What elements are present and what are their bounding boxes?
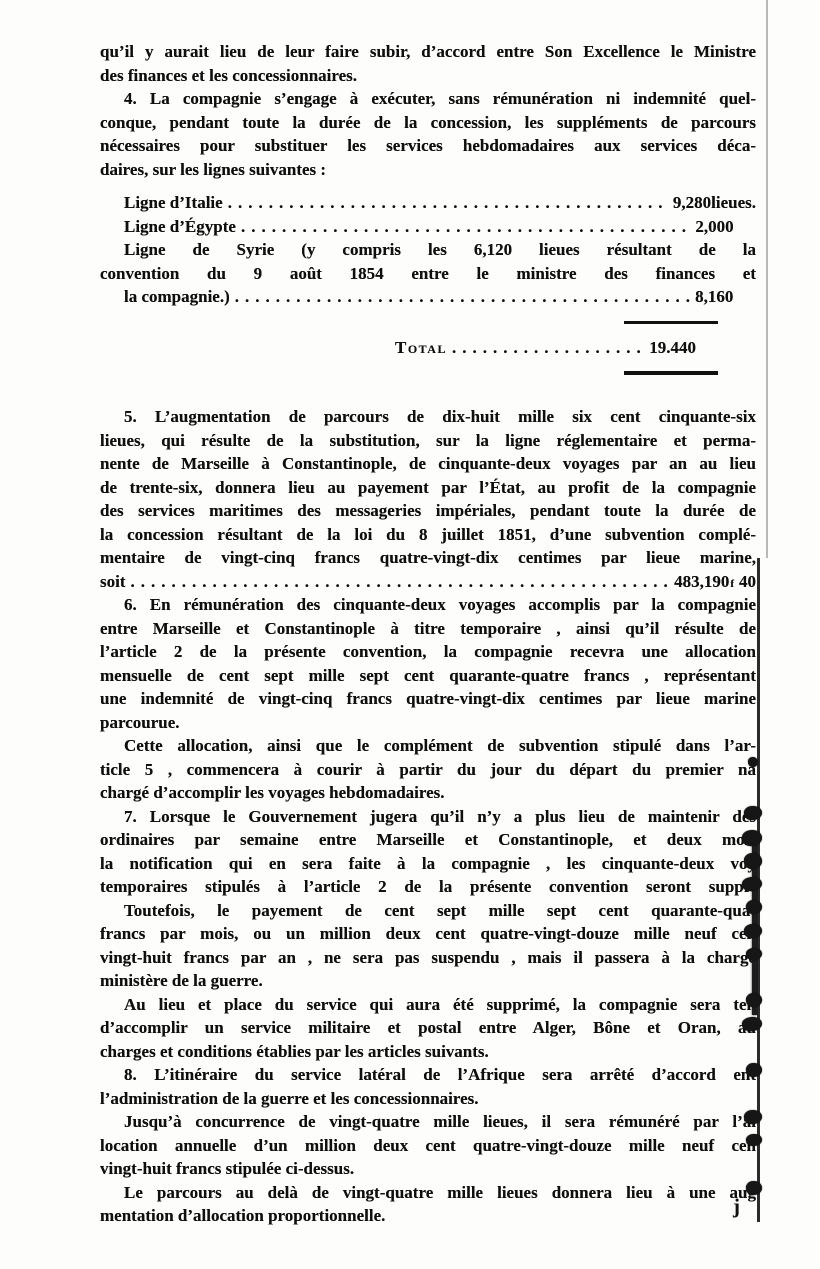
mileage-ledger-line: Ligne de Syrie (y compris les 6,120 lieu… xyxy=(100,238,756,262)
article-7-line: 7. Lorsque le Gouvernement jugera qu’il … xyxy=(100,805,756,829)
article-5-line: lieues, qui résulte de la substitution, … xyxy=(100,429,756,453)
ledger-value: 8,160 xyxy=(695,285,733,309)
text-block: qu’il y aurait lieu de leur faire subir,… xyxy=(100,40,756,1228)
jusqua-paragraph-line: Jusqu’à concurrence de vingt-quatre mill… xyxy=(100,1110,756,1134)
intro-continuation-line: des finances et les concessionnaires. xyxy=(100,64,756,88)
parcours-paragraph-line: mentation d’allocation proportionnelle. xyxy=(100,1204,756,1228)
francs-superscript: f xyxy=(730,573,734,594)
toutefois-paragraph-line: francs par mois, ou un million deux cent… xyxy=(100,922,756,946)
intro-continuation-line: qu’il y aurait lieu de leur faire subir,… xyxy=(100,40,756,64)
article-6-line: entre Marseille et Constantinople à titr… xyxy=(100,617,756,641)
article-5-line: de trente-six, donnera lieu au payement … xyxy=(100,476,756,500)
leader-dots xyxy=(131,570,670,594)
article-5-line: 5. L’augmentation de parcours de dix-hui… xyxy=(100,405,756,429)
leader-dots xyxy=(235,285,690,309)
article-7-line: temporaires stipulés à l’article 2 de la… xyxy=(100,875,756,899)
ledger-value: 9,280 xyxy=(673,191,711,215)
ink-blob xyxy=(745,899,763,915)
service-replacement-line: Au lieu et place du service qui aura été… xyxy=(100,993,756,1017)
ledger-gap xyxy=(100,181,756,191)
gap-a xyxy=(100,309,756,315)
toutefois-paragraph-line: vingt-huit francs par an , ne sera pas s… xyxy=(100,946,756,970)
article-5-row: soit483,190f40 xyxy=(100,570,756,594)
total-line-row: Total19.440 xyxy=(100,336,756,360)
ledger-label: Total xyxy=(395,336,447,360)
article-7-line: ordinaires par semaine entre Marseille e… xyxy=(100,828,756,852)
ink-blob xyxy=(745,992,763,1008)
page: qu’il y aurait lieu de leur faire subir,… xyxy=(0,0,820,1269)
article-6-line: l’article 2 de la présente convention, l… xyxy=(100,640,756,664)
rule-above-total xyxy=(624,321,718,324)
article-8-line: l’administration de la guerre et les con… xyxy=(100,1087,756,1111)
article-6-line: mensuelle de cent sept mille sept cent q… xyxy=(100,664,756,688)
allocation-start-line: ticle 5 , commencera à courir à partir d… xyxy=(100,758,756,782)
ink-blob xyxy=(745,1180,763,1196)
service-replacement-line: d’accomplir un service militaire et post… xyxy=(100,1016,756,1040)
leader-dots xyxy=(228,191,668,215)
article-5-line: la concession résultant de la loi du 8 j… xyxy=(100,523,756,547)
ledger-value: 483,190 xyxy=(674,570,729,594)
article-7-line: la notification qui en sera faite à la c… xyxy=(100,852,756,876)
leader-dots xyxy=(241,215,690,239)
article-4-line: daires, sur les lignes suivantes : xyxy=(100,158,756,182)
ledger-label: la compagnie.) xyxy=(100,285,230,309)
service-replacement-line: charges et conditions établies par les a… xyxy=(100,1040,756,1064)
article-5-line: des services maritimes des messageries i… xyxy=(100,499,756,523)
toutefois-paragraph-line: ministère de la guerre. xyxy=(100,969,756,993)
article-4-line: conque, pendant toute la durée de la con… xyxy=(100,111,756,135)
gap-d xyxy=(100,379,756,405)
toutefois-paragraph-line: Toutefois, le payement de cent sept mill… xyxy=(100,899,756,923)
gap-b xyxy=(100,328,756,336)
ink-blob xyxy=(745,1062,763,1078)
article-4-line: nécessaires pour substituer les services… xyxy=(100,134,756,158)
article-5-line: nente de Marseille à Constantinople, de … xyxy=(100,452,756,476)
ledger-value: 2,000 xyxy=(695,215,733,239)
article-4-line: 4. La compagnie s’engage à exécuter, san… xyxy=(100,87,756,111)
article-6-line: parcourue. xyxy=(100,711,756,735)
rule-below-total xyxy=(624,371,718,375)
parcours-paragraph-line: Le parcours au delà de vingt-quatre mill… xyxy=(100,1181,756,1205)
mileage-ledger-row: Ligne d’Italie9,280lieues. xyxy=(100,191,756,215)
gap-c xyxy=(100,359,756,365)
corner-ink-mark: j xyxy=(733,1194,740,1219)
mileage-ledger-row: Ligne d’Égypte2,000 xyxy=(100,215,756,239)
centimes-value: 40 xyxy=(739,570,756,594)
ledger-label: Ligne d’Égypte xyxy=(100,215,236,239)
ledger-unit: lieues. xyxy=(711,191,756,215)
article-6-line: une indemnité de vingt-cinq francs quatr… xyxy=(100,687,756,711)
ink-blob xyxy=(745,1133,762,1147)
mileage-ledger-line: convention du 9 août 1854 entre le minis… xyxy=(100,262,756,286)
ledger-label: Ligne d’Italie xyxy=(100,191,223,215)
page-edge-line-top xyxy=(766,0,768,558)
ledger-value: 19.440 xyxy=(649,336,696,360)
leader-dots xyxy=(452,336,644,360)
jusqua-paragraph-line: location annuelle d’un million deux cent… xyxy=(100,1134,756,1158)
article-5-line: mentaire de vingt-cinq francs quatre-vin… xyxy=(100,546,756,570)
jusqua-paragraph-line: vingt-huit francs stipulée ci-dessus. xyxy=(100,1157,756,1181)
article-6-line: 6. En rémunération des cinquante-deux vo… xyxy=(100,593,756,617)
allocation-start-line: chargé d’accomplir les voyages hebdomada… xyxy=(100,781,756,805)
article-8-line: 8. L’itinéraire du service latéral de l’… xyxy=(100,1063,756,1087)
ink-blob xyxy=(745,947,762,961)
ledger-label: soit xyxy=(100,570,126,594)
allocation-start-line: Cette allocation, ainsi que le complémen… xyxy=(100,734,756,758)
mileage-ledger-row: la compagnie.)8,160 xyxy=(100,285,756,309)
